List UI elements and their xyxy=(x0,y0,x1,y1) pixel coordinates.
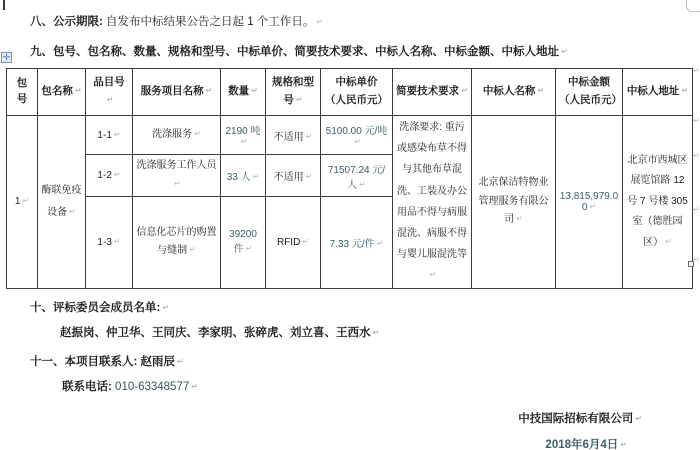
paragraph-mark: ↵ xyxy=(316,17,323,26)
paragraph-mark: ↵ xyxy=(693,116,700,125)
cell-unit-price: 71507.24 元/人↵ xyxy=(321,155,393,197)
paragraph-mark: ↵ xyxy=(246,244,253,253)
paragraph-mark: ↵ xyxy=(69,207,76,216)
section-11-label: 十一、本项目联系人: xyxy=(30,356,137,368)
cell-unit-price: 7.33 元/件↵ xyxy=(321,197,393,288)
header-service-name: 服务项目名称↵ xyxy=(133,69,221,116)
paragraph-mark: ↵ xyxy=(194,129,201,138)
paragraph-mark: ↵ xyxy=(114,237,121,246)
paragraph-mark: ↵ xyxy=(635,414,642,423)
header-award-amount: 中标金额（人民币元） xyxy=(556,69,623,116)
paragraph-mark: ↵ xyxy=(693,66,700,75)
header-winner-name: 中标人名称↵ xyxy=(472,69,556,116)
paragraph-mark: ↵ xyxy=(75,86,82,95)
issue-date: 2018年6月4日↵ xyxy=(0,436,700,450)
paragraph-mark: ↵ xyxy=(306,172,313,181)
cell-item-no: 1-2↵ xyxy=(86,155,133,197)
cell-spec-model: 不适用↵ xyxy=(266,116,321,155)
paragraph-mark: ↵ xyxy=(114,170,121,179)
paragraph-mark: ↵ xyxy=(516,214,523,223)
page-corner-mark-left xyxy=(3,0,5,10)
header-item-no: 品目号↵ xyxy=(86,69,133,116)
paragraph-mark: ↵ xyxy=(354,137,361,146)
section-8-text: 自发布中标结果公告之日起 1 个工作日。 xyxy=(106,16,314,28)
cell-award-amount: 13,815,979.00↵ xyxy=(556,116,623,289)
header-package-no: 包号 xyxy=(7,69,38,116)
section-8-label: 八、公示期限: xyxy=(30,16,103,28)
cell-unit-price: 5100.00 元/吨↵ xyxy=(321,116,393,155)
table-header-row: 包号 包名称↵ 品目号↵ 服务项目名称↵ 数量↵ 规格和型号↵ 中标单价（人民币… xyxy=(7,69,693,116)
issuer-company: 中技国际招标有限公司↵ xyxy=(0,410,700,426)
committee-heading: 十、评标委员会成员名单:↵ xyxy=(30,299,700,315)
cell-quantity: 33 人↵ xyxy=(221,155,266,197)
page-corner-mark-right xyxy=(686,0,700,12)
cell-spec-model: 不适用↵ xyxy=(266,155,321,197)
paragraph-mark: ↵ xyxy=(162,303,169,312)
cell-service-name: 信息化芯片的购置与缝制↵ xyxy=(133,197,221,288)
phone-label: 联系电话: xyxy=(62,381,112,393)
paragraph-mark: ↵ xyxy=(681,86,688,95)
paragraph-mark: ↵ xyxy=(693,255,700,264)
paragraph-mark: ↵ xyxy=(430,270,437,279)
cell-quantity: 2190 吨↵ xyxy=(221,116,266,155)
cell-item-no: 1-1↵ xyxy=(86,116,133,155)
committee-members: 赵振岗、仲卫华、王同庆、李家明、张碎虎、刘立喜、王西水↵ xyxy=(60,324,700,340)
table-move-handle-icon[interactable]: ✛ xyxy=(1,52,12,63)
paragraph-mark: ↵ xyxy=(22,196,29,205)
table-row: 1↵ 酶联免疫设备↵ 1-1↵ 洗涤服务↵ 2190 吨↵ 不适用↵ 5100.… xyxy=(7,116,693,155)
cell-quantity: 39200 件↵ xyxy=(221,197,266,288)
header-unit-price: 中标单价（人民币元） xyxy=(321,69,393,116)
cell-service-name: 洗涤服务↵ xyxy=(133,116,221,155)
header-quantity: 数量↵ xyxy=(221,69,266,116)
paragraph-mark: ↵ xyxy=(589,202,596,211)
paragraph-mark: ↵ xyxy=(177,357,184,366)
header-tech-requirements: 简要技术要求↵ xyxy=(393,69,472,116)
phone-number: 010-63348577 xyxy=(115,381,189,393)
paragraph-mark: ↵ xyxy=(114,130,121,139)
paragraph-mark: ↵ xyxy=(373,328,380,337)
bid-results-table: 包号 包名称↵ 品目号↵ 服务项目名称↵ 数量↵ 规格和型号↵ 中标单价（人民币… xyxy=(6,68,693,289)
header-winner-address: 中标人地址↵ xyxy=(623,69,693,116)
publicity-period-line: 八、公示期限: 自发布中标结果公告之日起 1 个工作日。↵ xyxy=(30,13,700,29)
paragraph-mark: ↵ xyxy=(377,239,384,248)
cell-item-no: 1-3↵ xyxy=(86,197,133,288)
cell-winner-name: 北京保洁特物业管理服务有限公司↵ xyxy=(472,116,556,289)
paragraph-mark: ↵ xyxy=(359,180,366,189)
paragraph-mark: ↵ xyxy=(693,205,700,214)
document-page: { "glyphs": { "mark": "↵", "move_handle"… xyxy=(0,0,700,450)
phone-line: 联系电话: 010-63348577↵ xyxy=(62,378,700,394)
cell-spec-model: RFID↵ xyxy=(266,197,321,288)
cell-package-no: 1↵ xyxy=(7,116,38,289)
paragraph-mark: ↵ xyxy=(665,237,672,246)
paragraph-mark: ↵ xyxy=(537,86,544,95)
header-package-name: 包名称↵ xyxy=(38,69,86,116)
section-9-label: 九、包号、包名称、数量、规格和型号、中标单价、简要技术要求、中标人名称、中标金额… xyxy=(30,46,559,58)
paragraph-mark: ↵ xyxy=(107,95,114,104)
cell-package-name: 酶联免疫设备↵ xyxy=(38,116,86,289)
document-body: 八、公示期限: 自发布中标结果公告之日起 1 个工作日。↵ 九、包号、包名称、数… xyxy=(0,13,700,450)
paragraph-mark: ↵ xyxy=(241,137,248,146)
paragraph-mark: ↵ xyxy=(174,179,181,188)
cell-winner-address: 北京市西城区展览馆路 12 号 7 号楼 305 室（德胜园区）↵ xyxy=(623,116,693,289)
paragraph-mark: ↵ xyxy=(296,95,303,104)
paragraph-mark: ↵ xyxy=(302,237,309,246)
paragraph-mark: ↵ xyxy=(189,245,196,254)
paragraph-mark: ↵ xyxy=(191,382,198,391)
contact-line: 十一、本项目联系人: 赵雨辰↵ xyxy=(30,353,700,369)
paragraph-mark: ↵ xyxy=(561,47,568,56)
paragraph-mark: ↵ xyxy=(251,86,258,95)
cell-service-name: 洗涤服务工作人员↵ xyxy=(133,155,221,197)
paragraph-mark: ↵ xyxy=(253,172,260,181)
paragraph-mark: ↵ xyxy=(461,86,468,95)
paragraph-mark: ↵ xyxy=(306,132,313,141)
cell-tech-requirements: 洗涤要求: 重污或感染布草不得与其他布草混洗、工装及办公用品不得与病服混洗、病服… xyxy=(393,116,472,289)
contact-name: 赵雨辰 xyxy=(141,356,176,368)
paragraph-mark: ↵ xyxy=(620,440,627,449)
paragraph-mark: ↵ xyxy=(693,151,700,160)
paragraph-mark: ↵ xyxy=(206,86,213,95)
table-intro-line: 九、包号、包名称、数量、规格和型号、中标单价、简要技术要求、中标人名称、中标金额… xyxy=(30,43,700,59)
header-spec-model: 规格和型号↵ xyxy=(266,69,321,116)
